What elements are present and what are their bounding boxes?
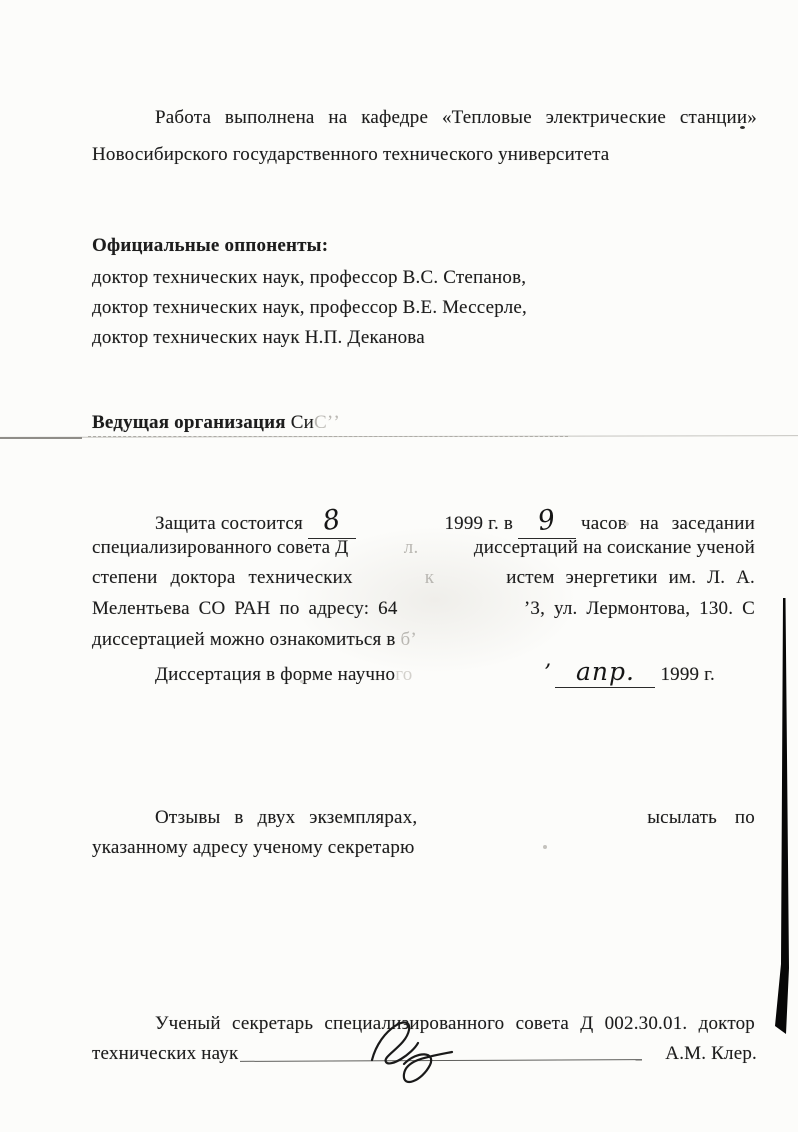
- handwritten-apostrophe: ʼ: [543, 661, 550, 686]
- defense-line2-right: диссертаций на соискание ученой: [474, 536, 755, 560]
- opponent-item: доктор технических наук, профессор В.С. …: [92, 266, 526, 290]
- secretary-name: А.М. Клер.: [640, 1042, 757, 1066]
- defense-line6-year: 1999 г.: [660, 664, 715, 685]
- affiliation-line1: Работа выполнена на кафедре «Тепловые эл…: [155, 106, 757, 130]
- leading-org-line: Ведущая организация СиСʼʼ: [92, 411, 340, 435]
- defense-line1: Защита состоится 8 1999 г. в 9 часов на …: [155, 504, 755, 539]
- defense-line1-left: Защита состоится: [155, 513, 303, 534]
- defense-line6: Диссертация в форме научного ʼ апр. 1999…: [155, 656, 715, 688]
- defense-line3-right: истем энергетики им. Л. А.: [506, 566, 755, 590]
- opponent-item: доктор технических наук, профессор В.Е. …: [92, 296, 527, 320]
- leading-org-label: Ведущая организация: [92, 412, 286, 433]
- affiliation-line2: Новосибирского государственного техничес…: [92, 143, 609, 167]
- leading-org-value: Си: [291, 412, 314, 433]
- defense-line1-right-seg: 1999 г. в 9 часов на заседании: [444, 504, 755, 539]
- secretary-line2-label: технических наук: [92, 1042, 238, 1066]
- scan-speck: [300, 680, 304, 683]
- defense-line6-right-seg: ʼ апр. 1999 г.: [543, 656, 715, 688]
- defense-line2: специализированного совета Д л. диссерта…: [92, 536, 755, 560]
- defense-line2-left: специализированного совета Д: [92, 536, 348, 560]
- handwritten-month: апр.: [576, 657, 635, 686]
- scan-speck: [624, 522, 629, 526]
- scan-fold-line-dashed: [88, 436, 568, 437]
- defense-line1-mid: 1999 г. в: [444, 513, 513, 534]
- defense-line4-right: ʼ3, ул. Лермонтова, 130. С: [524, 597, 755, 621]
- defense-line1-left-seg: Защита состоится 8: [155, 504, 356, 539]
- signature-scribble: [358, 1010, 480, 1084]
- leading-org-value-faded: Сʼʼ: [314, 412, 340, 433]
- defense-line4: Мелентьева СО РАН по адресу: 64 ʼ3, ул. …: [92, 597, 755, 621]
- reviews-line1: Отзывы в двух экземплярах, ысылать по: [155, 806, 755, 830]
- defense-line3-faint-fragment: к: [425, 566, 434, 590]
- defense-month-blank: апр.: [555, 656, 655, 688]
- opponent-item: доктор технических наук Н.П. Деканова: [92, 326, 425, 350]
- defense-line3-left: степени доктора технических: [92, 566, 353, 590]
- scan-speck: [740, 126, 745, 129]
- reviews-line2: указанному адресу ученому секретарю: [92, 836, 415, 860]
- defense-line5-text: диссертацией можно ознакомиться в: [92, 629, 396, 650]
- defense-line6-faint-tail: го: [395, 664, 412, 685]
- defense-day-blank: 8: [308, 504, 356, 539]
- defense-line5-faint-fragment: бʼ: [400, 629, 416, 650]
- defense-line4-left: Мелентьева СО РАН по адресу: 64: [92, 597, 398, 621]
- scan-fold-line-dark-segment: [0, 437, 82, 439]
- handwritten-day: 8: [321, 503, 343, 539]
- scanned-document-page: Работа выполнена на кафедре «Тепловые эл…: [0, 0, 798, 1132]
- defense-line5: диссертацией можно ознакомиться в бʼ: [92, 628, 417, 652]
- reviews-line1-left: Отзывы в двух экземплярах,: [155, 806, 417, 830]
- defense-line6-left: Диссертация в форме научно: [155, 664, 395, 685]
- defense-line3: степени доктора технических к истем энер…: [92, 566, 755, 590]
- defense-line1-right: часов на заседании: [581, 513, 755, 534]
- defense-hour-blank: 9: [518, 504, 576, 539]
- reviews-line1-right: ысылать по: [647, 806, 755, 830]
- handwritten-hour: 9: [536, 503, 558, 539]
- scan-speck: [543, 845, 547, 849]
- scan-edge-bar: [770, 598, 796, 1040]
- opponents-heading: Официальные оппоненты:: [92, 234, 328, 258]
- defense-line6-left-seg: Диссертация в форме научного: [155, 663, 412, 687]
- defense-line2-faint-fragment: л.: [404, 536, 419, 560]
